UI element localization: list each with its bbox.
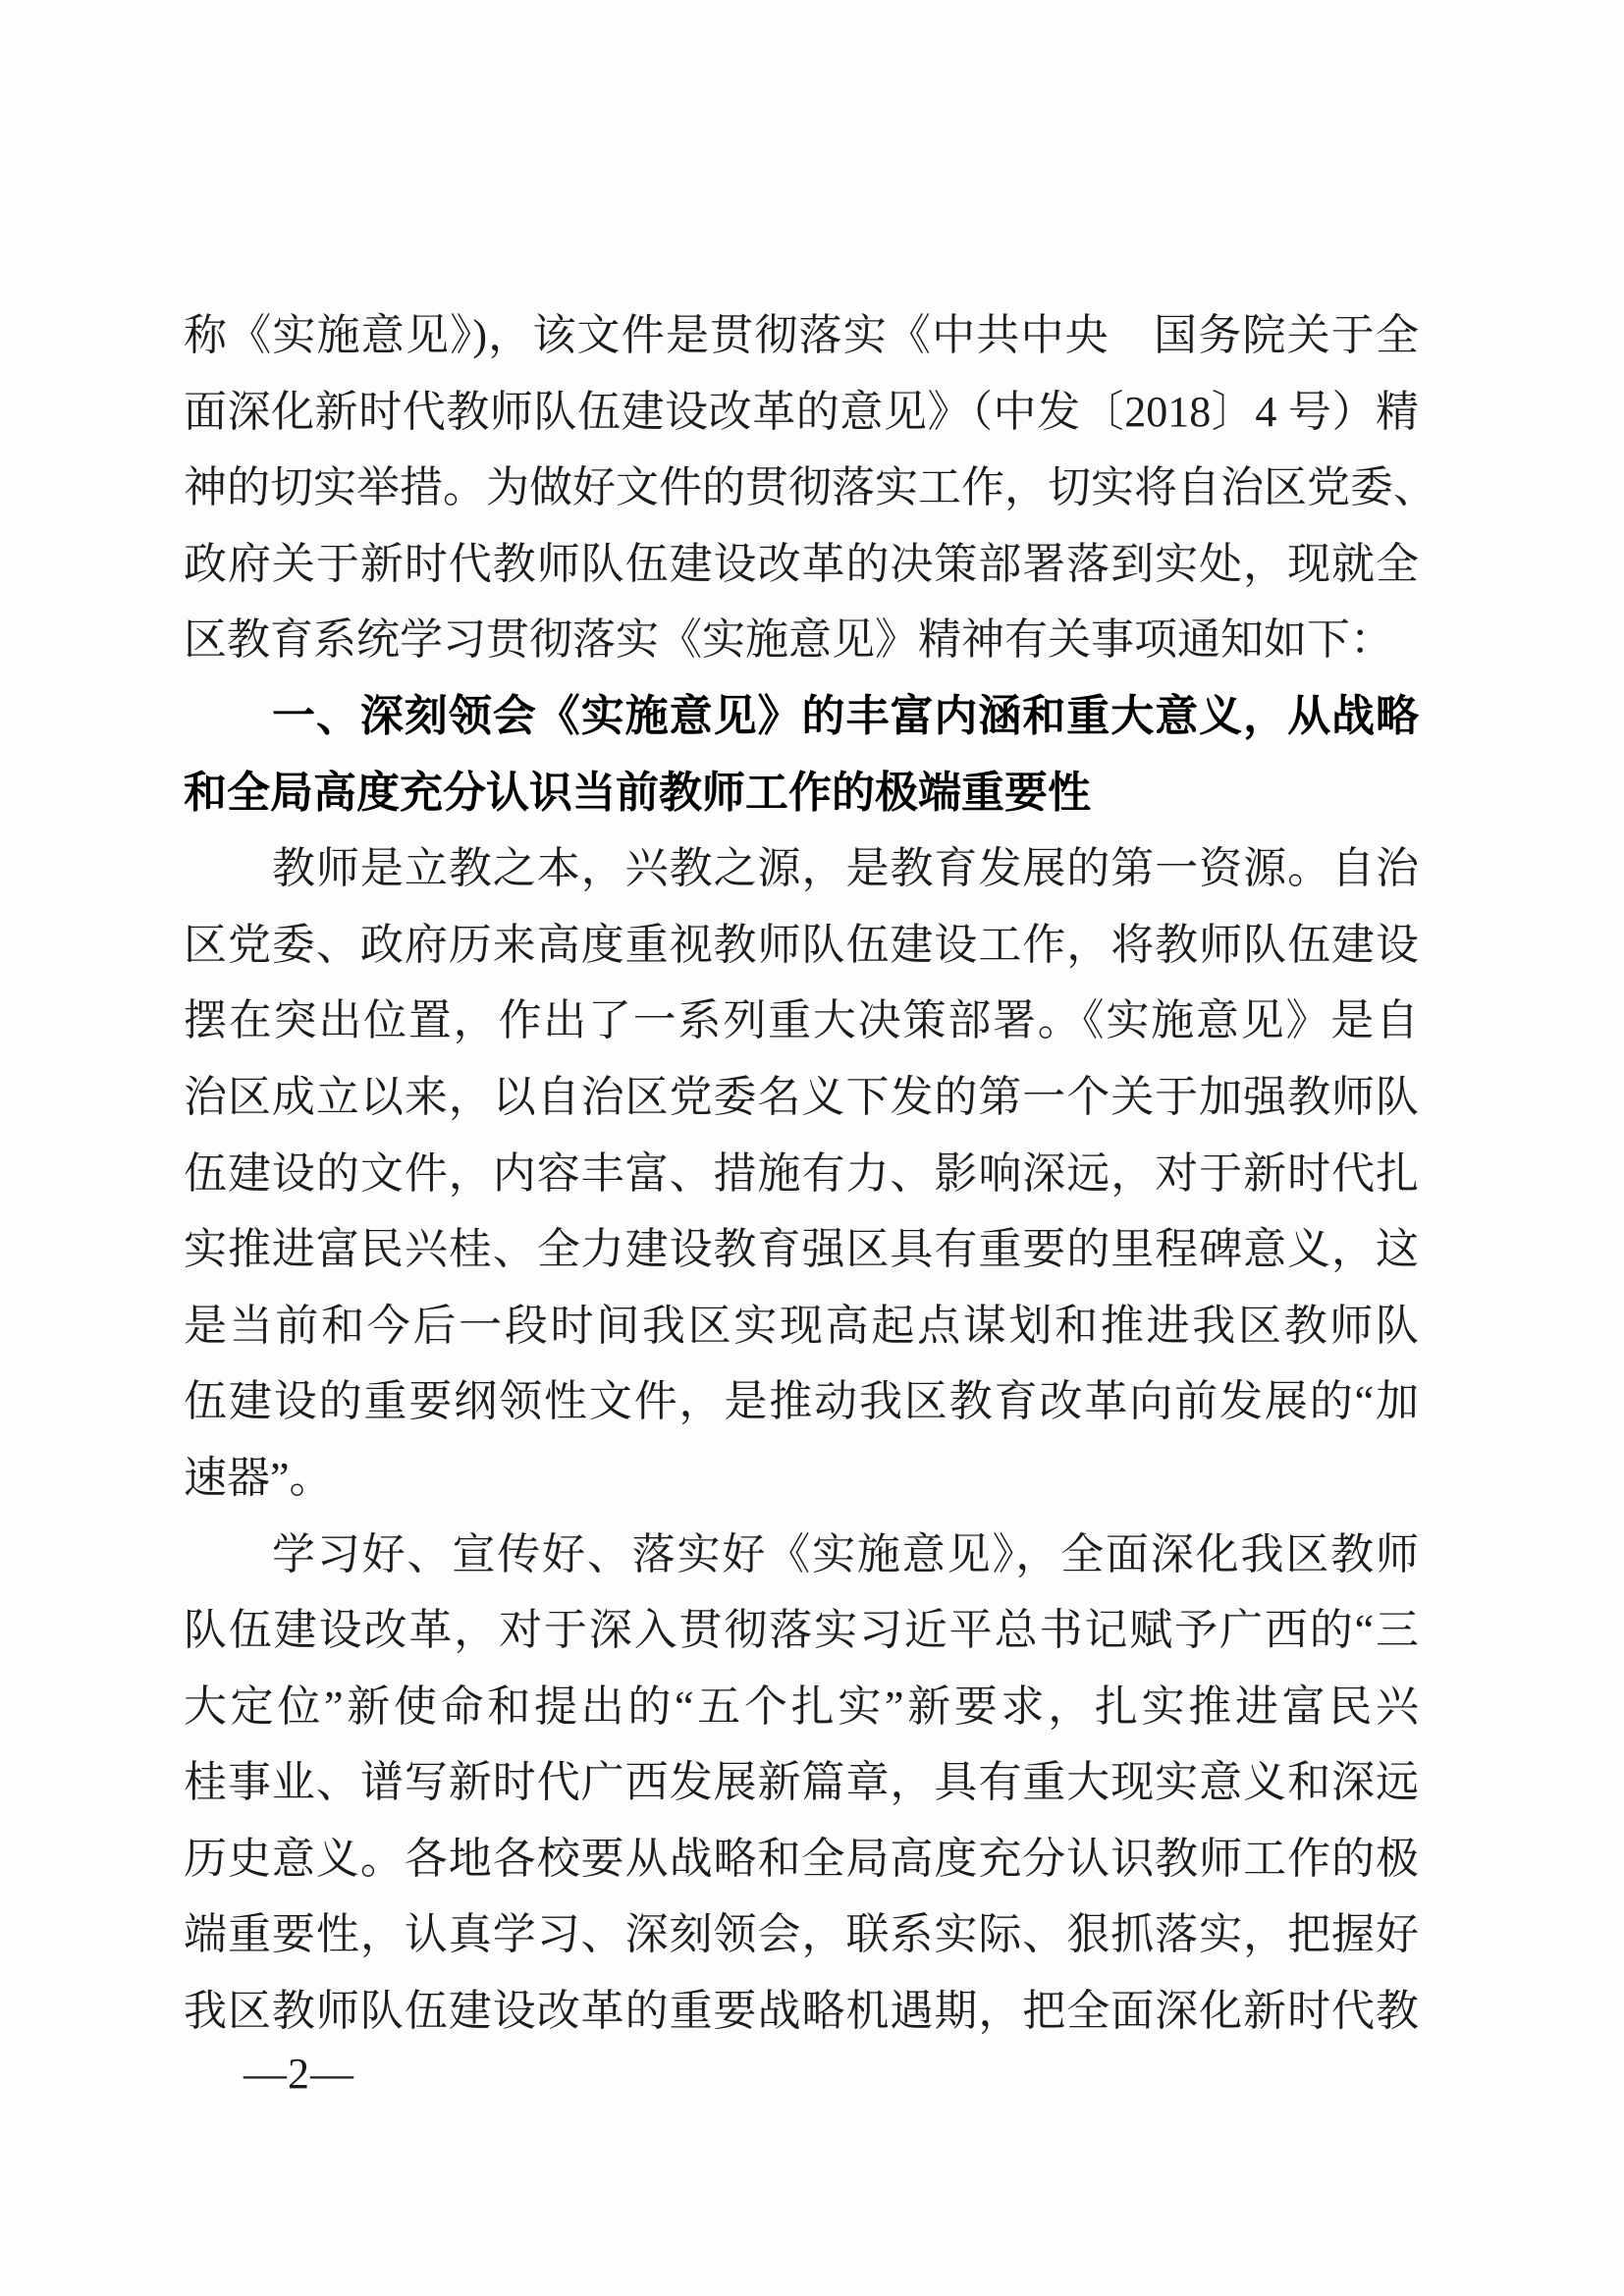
body-line: 称《实施意见》)，该文件是贯彻落实《中共中央 国务院关于全 xyxy=(184,297,1419,374)
body-line: 摆在突出位置，作出了一系列重大决策部署。《实施意见》是自 xyxy=(184,983,1419,1059)
body-line: 教师是立教之本，兴教之源，是教育发展的第一资源。自治 xyxy=(184,830,1419,907)
body-line: 区教育系统学习贯彻落实《实施意见》精神有关事项通知如下： xyxy=(184,602,1419,678)
body-line: 速器”。 xyxy=(184,1440,1419,1517)
body-line: 治区成立以来，以自治区党委名义下发的第一个关于加强教师队 xyxy=(184,1059,1419,1136)
body-line: 队伍建设改革，对于深入贯彻落实习近平总书记赋予广西的“三 xyxy=(184,1592,1419,1669)
body-line: 伍建设的文件，内容丰富、措施有力、影响深远，对于新时代扎 xyxy=(184,1136,1419,1212)
body-line: 桂事业、谱写新时代广西发展新篇章，具有重大现实意义和深远 xyxy=(184,1744,1419,1821)
body-line: 政府关于新时代教师队伍建设改革的决策部署落到实处，现就全 xyxy=(184,526,1419,603)
body-line: 实推进富民兴桂、全力建设教育强区具有重要的里程碑意义，这 xyxy=(184,1211,1419,1288)
heading-line: 一、深刻领会《实施意见》的丰富内涵和重大意义，从战略 xyxy=(184,678,1419,755)
body-line: 是当前和今后一段时间我区实现高起点谋划和推进我区教师队 xyxy=(184,1288,1419,1364)
body-line: 端重要性，认真学习、深刻领会，联系实际、狠抓落实，把握好 xyxy=(184,1896,1419,1973)
body-line: 学习好、宣传好、落实好《实施意见》，全面深化我区教师 xyxy=(184,1517,1419,1593)
document-page: 称《实施意见》)，该文件是贯彻落实《中共中央 国务院关于全面深化新时代教师队伍建… xyxy=(0,0,1624,2296)
body-line: 我区教师队伍建设改革的重要战略机遇期，把全面深化新时代教 xyxy=(184,1973,1419,2050)
body-line: 历史意义。各地各校要从战略和全局高度充分认识教师工作的极 xyxy=(184,1821,1419,1897)
body-line: 神的切实举措。为做好文件的贯彻落实工作，切实将自治区党委、 xyxy=(184,450,1419,526)
body-line: 区党委、政府历来高度重视教师队伍建设工作，将教师队伍建设 xyxy=(184,907,1419,984)
body-line: 伍建设的重要纲领性文件，是推动我区教育改革向前发展的“加 xyxy=(184,1363,1419,1440)
heading-line: 和全局高度充分认识当前教师工作的极端重要性 xyxy=(184,755,1419,831)
document-body: 称《实施意见》)，该文件是贯彻落实《中共中央 国务院关于全面深化新时代教师队伍建… xyxy=(184,297,1419,2050)
body-line: 大定位”新使命和提出的“五个扎实”新要求，扎实推进富民兴 xyxy=(184,1669,1419,1745)
body-line: 面深化新时代教师队伍建设改革的意见》（中发〔2018〕4 号）精 xyxy=(184,374,1419,451)
page-number: —2— xyxy=(244,2046,354,2103)
